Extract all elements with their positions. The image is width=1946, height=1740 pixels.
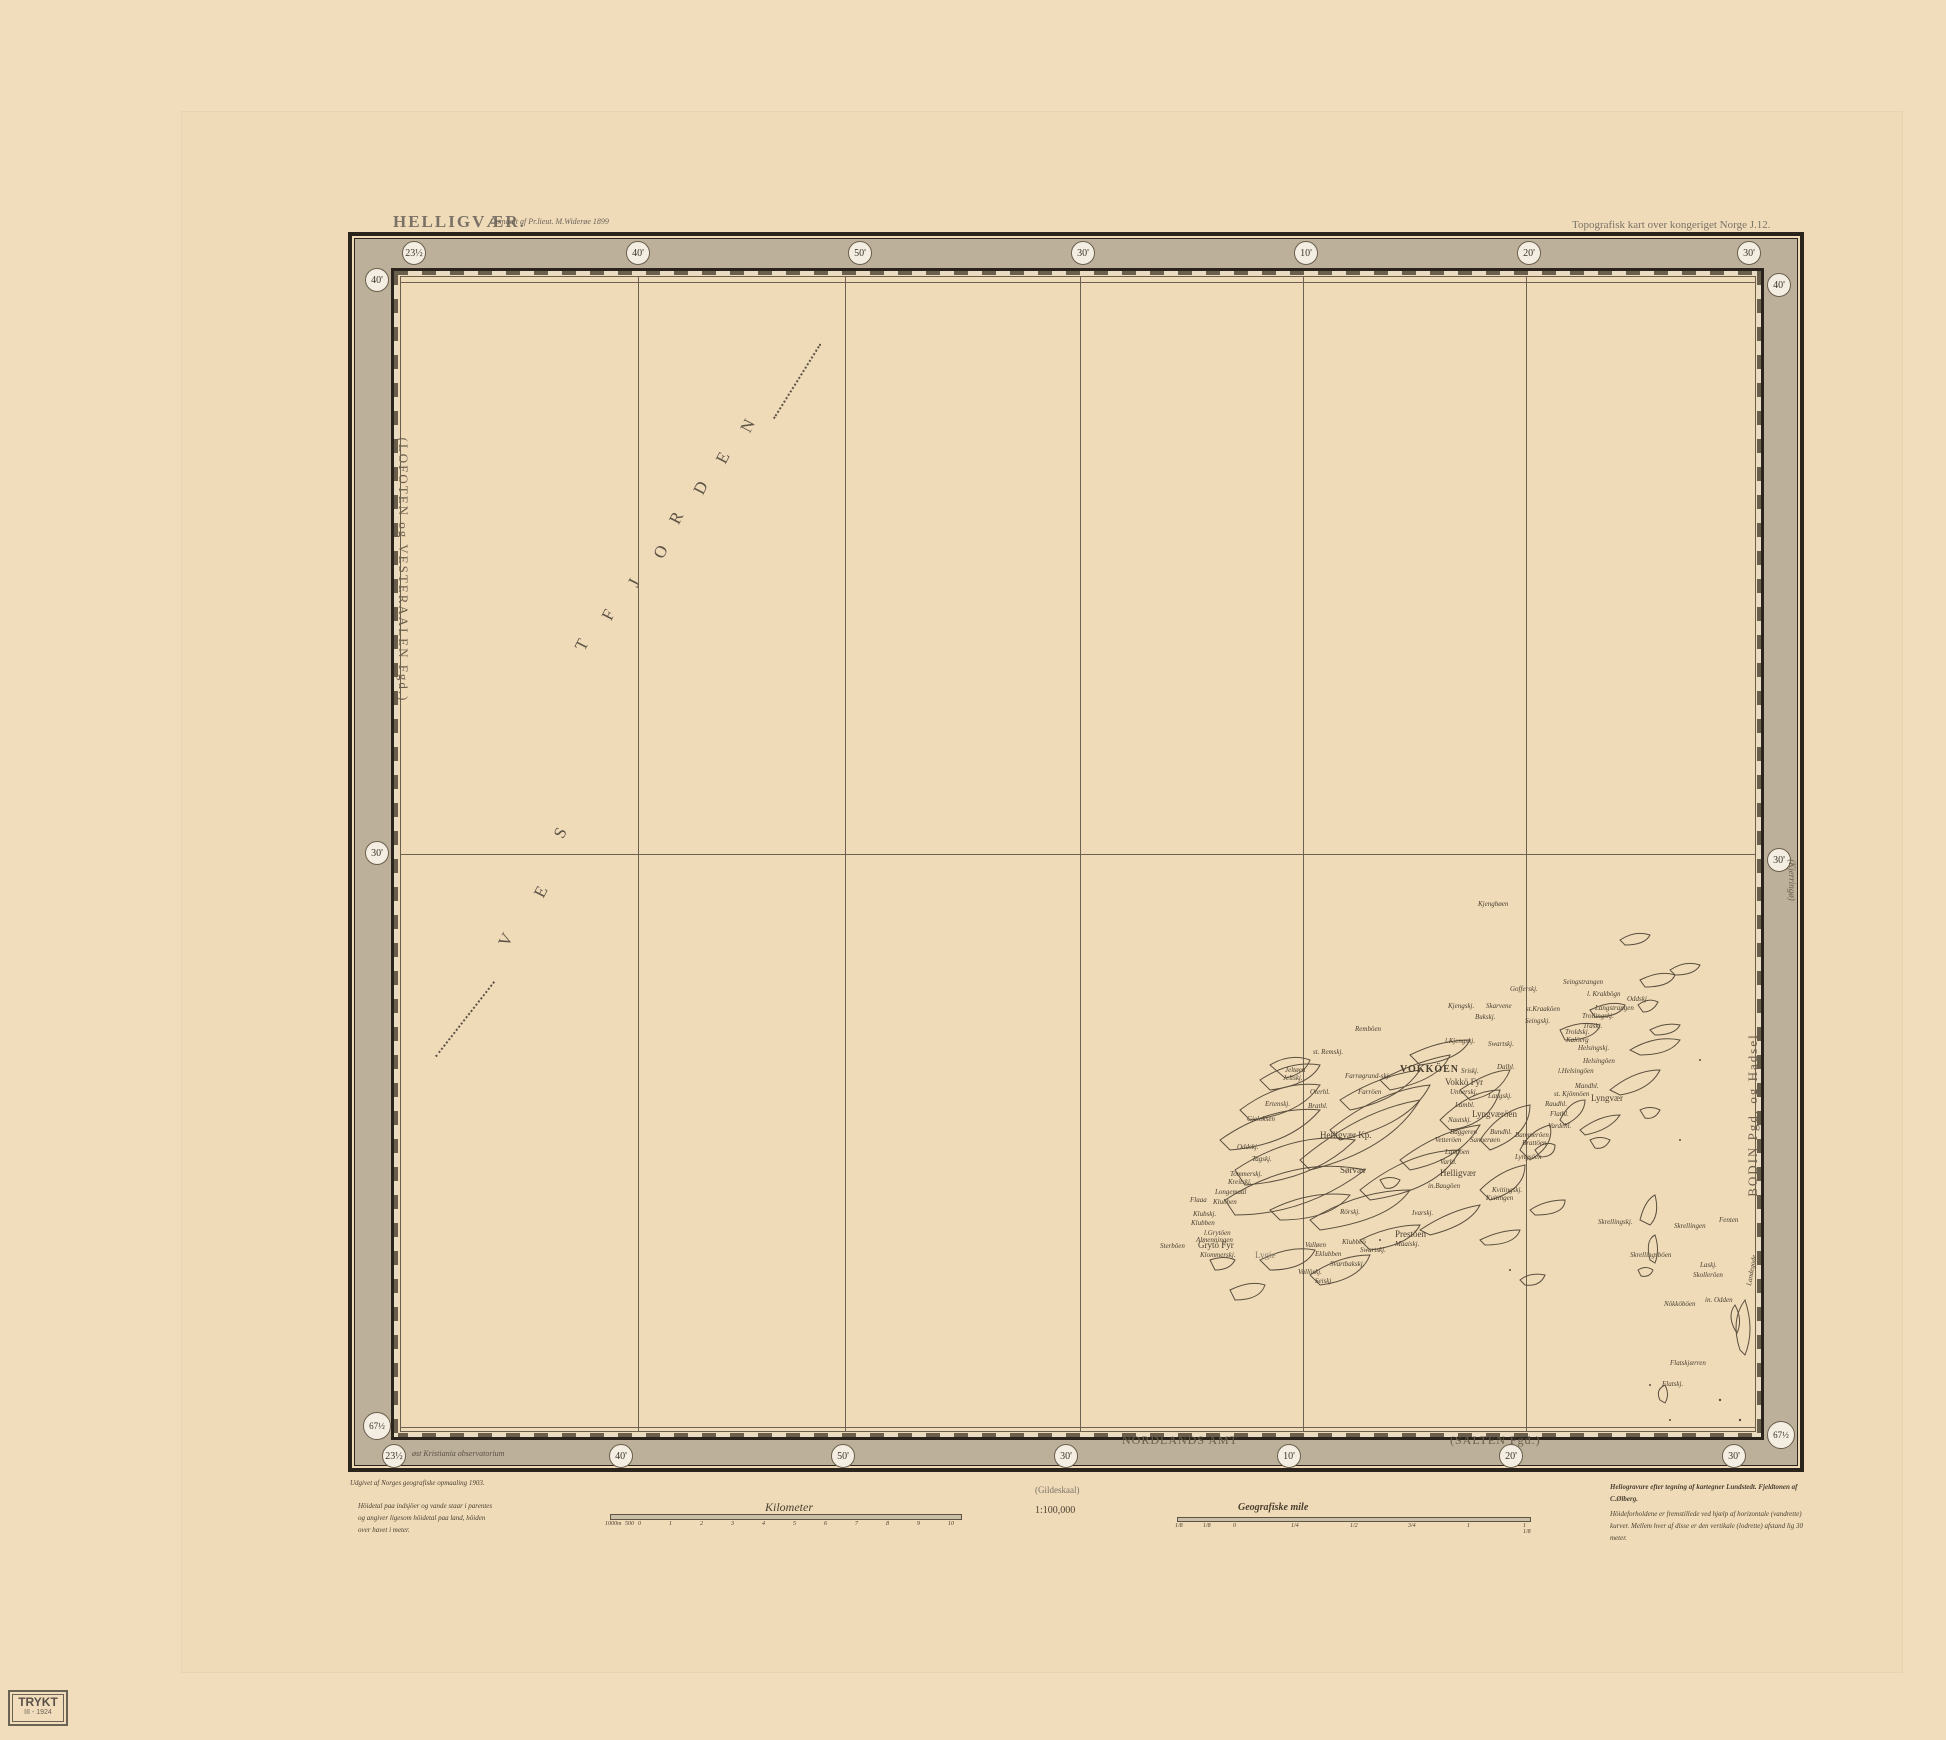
place-label-lighthouse: Vokkö Fyr — [1445, 1077, 1483, 1087]
place-label: st. Remskj. — [1313, 1048, 1343, 1056]
region-label-lofoten: (LOFOTEN og VESTERAALEN Fgd.) — [392, 430, 414, 710]
longitude-label-bottom: 23½ — [382, 1444, 406, 1468]
place-label: Klubben — [1191, 1219, 1215, 1227]
km-scale-ticks: 1000m 500 0 1 2 3 4 5 6 7 8 9 10 — [605, 1521, 965, 1531]
place-label: Bundhl. — [1490, 1128, 1512, 1136]
place-label: st.Kraaköen — [1526, 1005, 1560, 1013]
place-label: Swartskj. — [1360, 1246, 1386, 1254]
place-label: Farröen — [1358, 1088, 1381, 1096]
place-label: Remböen — [1355, 1025, 1381, 1033]
longitude-label-top: 30' — [1071, 241, 1095, 265]
place-label: Kreitskj. — [1228, 1178, 1252, 1186]
place-label: Brathl. — [1308, 1102, 1328, 1110]
miles-scale-bar — [1177, 1517, 1531, 1522]
longitude-label-bottom: 30' — [1054, 1444, 1078, 1468]
engraving-note: Heliogravure efter tegning af kartegner … — [1610, 1481, 1800, 1505]
longitude-label-bottom: 50' — [831, 1444, 855, 1468]
place-label: Langöen — [1445, 1148, 1470, 1156]
place-label: Flatskj. — [1662, 1380, 1683, 1388]
longitude-label-top: 20' — [1517, 241, 1541, 265]
place-label: Kvitingskj. — [1492, 1186, 1522, 1194]
publisher-note: Udgivet af Norges geografiske opmaaling … — [350, 1477, 485, 1489]
place-label: Ertenskj. — [1265, 1100, 1290, 1108]
latitude-label-left: 67½ — [363, 1412, 391, 1440]
place-label: Lygie — [1255, 1250, 1276, 1260]
place-label: Varhl. — [1440, 1158, 1457, 1166]
place-label: Oddskj. — [1237, 1143, 1259, 1151]
place-label: Nautskj. — [1448, 1116, 1471, 1124]
km-scale-bar — [610, 1514, 962, 1520]
place-label: Gjeloksen — [1247, 1115, 1275, 1123]
graduation-top — [394, 271, 1761, 275]
place-label: Valløen — [1305, 1241, 1326, 1249]
place-label: Maaiskj. — [1395, 1240, 1419, 1248]
place-label: Jeltøen — [1285, 1066, 1305, 1074]
place-label: Kjengbøen — [1478, 900, 1508, 908]
place-label: l.Helsingöen — [1558, 1067, 1594, 1075]
place-label: st. Kjönnöen — [1554, 1090, 1589, 1098]
place-label: Svartbakskj. — [1330, 1260, 1364, 1268]
place-label: Kvitingen — [1486, 1194, 1513, 1202]
place-label: Kalöerg — [1566, 1036, 1589, 1044]
place-label: Sannerøen — [1470, 1136, 1500, 1144]
place-label: Ivarskj. — [1412, 1209, 1433, 1217]
place-label: Nökköböen — [1664, 1300, 1696, 1308]
place-label: Skarvene — [1486, 1002, 1512, 1010]
longitude-label-top: 40' — [626, 241, 650, 265]
place-label-town: Helligvær — [1440, 1168, 1476, 1178]
survey-credit: Opmaalt af Pr.lieut. M.Widerøe 1899 — [490, 217, 609, 226]
place-label: Raudhl. — [1545, 1100, 1567, 1108]
place-label: Helsingskj. — [1578, 1044, 1609, 1052]
latitude-label-right: 67½ — [1767, 1421, 1795, 1449]
place-label: Brattöen — [1522, 1139, 1547, 1147]
longitude-label-top: 30' — [1737, 241, 1761, 265]
stamp-text: TRYKT — [13, 1695, 63, 1709]
place-label: Swartskj. — [1488, 1040, 1514, 1048]
place-label: l. Krakbögn — [1587, 990, 1620, 998]
place-label-lighthouse: Grytö Fyr — [1198, 1240, 1234, 1250]
latitude-label-left: 40' — [365, 268, 389, 292]
place-label: Langskj. — [1488, 1092, 1512, 1100]
place-label: Sterböen — [1160, 1242, 1185, 1250]
place-label-town: Lyngvær — [1591, 1093, 1623, 1103]
place-label: Oterhl. — [1310, 1088, 1330, 1096]
place-label: Trollingskj. — [1582, 1012, 1614, 1020]
place-label: Klubbeö — [1342, 1238, 1366, 1246]
place-label: Tagskj. — [1252, 1155, 1272, 1163]
place-label: Helsingöen — [1583, 1057, 1615, 1065]
longitude-label-top: 50' — [848, 241, 872, 265]
place-label: Rörskj. — [1340, 1208, 1360, 1216]
place-label: Baggeren — [1450, 1128, 1477, 1136]
place-label: Farrøgrund-skj. — [1345, 1072, 1390, 1080]
relief-note: Höideforholdene er fremstillede ved hjæl… — [1610, 1508, 1810, 1544]
place-label: Oddskj. — [1627, 995, 1649, 1003]
longitude-label-bottom: 30' — [1722, 1444, 1746, 1468]
place-label: Vallöskj. — [1298, 1268, 1322, 1276]
longitude-label-top: 23½ — [402, 241, 426, 265]
place-label: Longemaal — [1215, 1188, 1247, 1196]
place-label: Flatskjærren — [1670, 1359, 1706, 1367]
place-label: Laskj. — [1700, 1261, 1717, 1269]
place-label: in. Odden — [1705, 1296, 1733, 1304]
km-scale-title: Kilometer — [765, 1500, 813, 1515]
miles-scale-title: Geografiske mile — [1238, 1502, 1308, 1513]
place-label: Tommerskj. — [1230, 1170, 1262, 1178]
stamp-date: III - 1924 — [13, 1709, 63, 1717]
place-label: Skolleröen — [1693, 1271, 1723, 1279]
map-scale: 1:100,000 — [1035, 1505, 1075, 1516]
place-label: Seingskj. — [1525, 1017, 1550, 1025]
place-label: Jeltskj. — [1283, 1074, 1303, 1082]
place-label: Lambl. — [1455, 1101, 1475, 1109]
place-label: Skrellingen — [1674, 1222, 1706, 1230]
place-label: Klubben — [1213, 1198, 1237, 1206]
place-label-town: Sørvær — [1340, 1165, 1366, 1175]
series-title: Topografisk kart over kongeriget Norge J… — [1572, 219, 1771, 231]
place-label: Skrellingskj. — [1598, 1218, 1633, 1226]
place-label: Bammeröen — [1515, 1131, 1549, 1139]
place-label: Eklubben — [1315, 1250, 1341, 1258]
place-label: Unnerskj. — [1450, 1088, 1477, 1096]
region-label-kjerringo: (Kjerringø) — [1785, 840, 1799, 920]
place-label: Mandhl. — [1575, 1082, 1599, 1090]
height-note: Höidetal paa indsjöer og vande staar i p… — [358, 1500, 498, 1536]
parallel-line — [400, 282, 1756, 283]
place-label: Kjengskj. — [1448, 1002, 1474, 1010]
miles-scale-ticks: 1/8 1/8 0 1/4 1/2 3/4 1 1 1/8 — [1175, 1523, 1535, 1533]
latitude-label-left: 30' — [365, 841, 389, 865]
longitude-label-bottom: 10' — [1277, 1444, 1301, 1468]
place-label: Vardehl. — [1548, 1122, 1571, 1130]
place-label: Langstrangen — [1595, 1004, 1634, 1012]
place-label: Sriskj. — [1461, 1067, 1479, 1075]
place-label: Dalhl. — [1497, 1063, 1515, 1071]
prime-meridian-note: øst Kristiania observatorium — [412, 1449, 504, 1458]
place-label: Fenten — [1719, 1216, 1738, 1224]
parish-label: (Gildeskaal) — [1035, 1485, 1079, 1495]
place-label: in.Baugöen — [1428, 1182, 1460, 1190]
place-label: Flaaa — [1190, 1196, 1207, 1204]
place-label: Gofferskj. — [1510, 985, 1538, 993]
place-label: Seiskj. — [1315, 1277, 1333, 1285]
place-label: Bukskj. — [1475, 1013, 1495, 1021]
place-label: Lyngsöen — [1515, 1153, 1542, 1161]
place-label: Skrellingsböen — [1630, 1251, 1671, 1259]
latitude-label-right: 40' — [1767, 273, 1791, 297]
place-label: Prestöen — [1395, 1229, 1426, 1239]
place-label: l.Kjengskj. — [1445, 1037, 1475, 1045]
longitude-label-top: 10' — [1294, 241, 1318, 265]
place-label: Seingstrangen — [1563, 978, 1603, 986]
place-label-island: VOKKÖEN — [1400, 1064, 1459, 1075]
place-label-church: Helligvær Kp. — [1320, 1130, 1372, 1140]
place-label: Flathl. — [1550, 1110, 1569, 1118]
place-label: Klommerskj. — [1200, 1251, 1236, 1259]
place-label: Klubskj. — [1193, 1210, 1216, 1218]
longitude-label-bottom: 40' — [609, 1444, 633, 1468]
place-label: Lyngværöen — [1472, 1109, 1517, 1119]
place-label: Vetteröen — [1435, 1136, 1461, 1144]
printed-stamp: TRYKT III - 1924 — [8, 1690, 68, 1726]
place-label: Troldskj. — [1565, 1028, 1589, 1036]
parallel-line — [400, 854, 1756, 855]
